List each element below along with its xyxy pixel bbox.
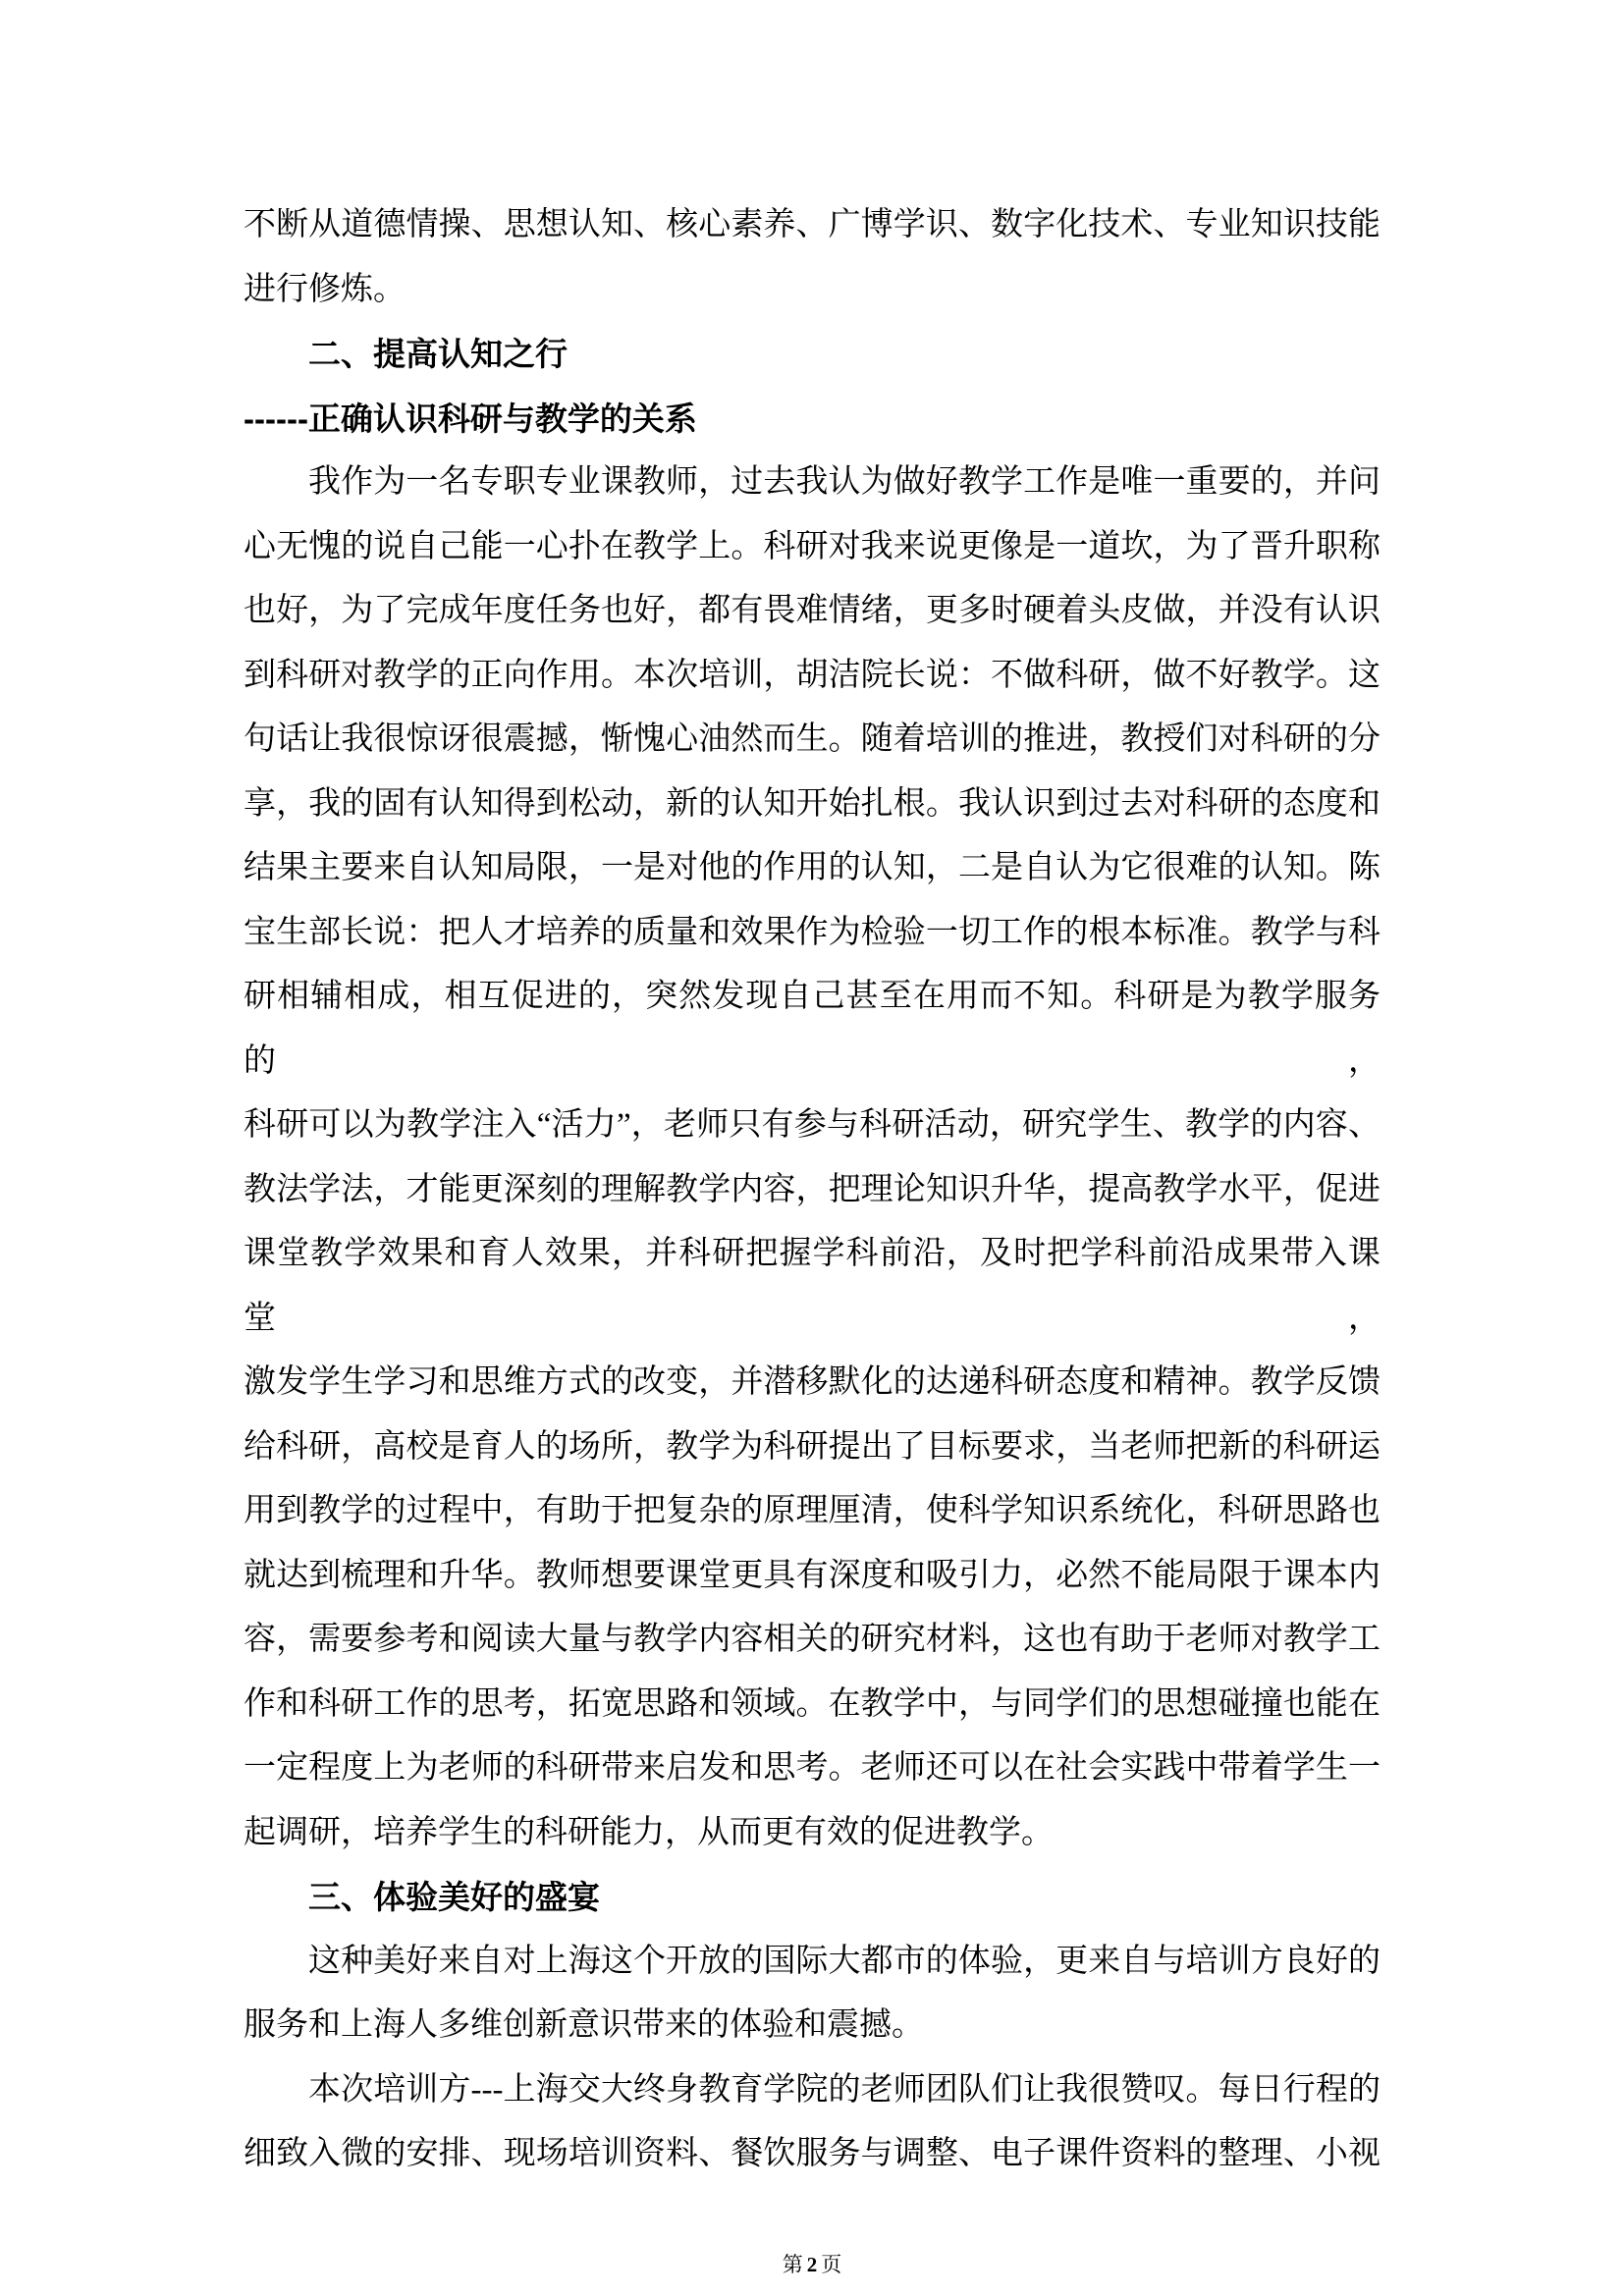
text-line: 课堂教学效果和育人效果，并科研把握学科前沿，及时把学科前沿成果带入课堂，: [244, 1222, 1380, 1351]
text-line: 研相辅相成，相互促进的，突然发现自己甚至在用而不知。科研是为教学服务的，: [244, 965, 1380, 1094]
text-line: 就达到梳理和升华。教师想要课堂更具有深度和吸引力，必然不能局限于课本内: [244, 1544, 1380, 1609]
text-line: 我作为一名专职专业课教师，过去我认为做好教学工作是唯一重要的，并问: [244, 451, 1380, 515]
text-line: 享，我的固有认知得到松动，新的认知开始扎根。我认识到过去对科研的态度和: [244, 773, 1380, 837]
text-line: 本次培训方---上海交大终身教育学院的老师团队们让我很赞叹。每日行程的: [244, 2058, 1380, 2123]
text-line: 细致入微的安排、现场培训资料、餐饮服务与调整、电子课件资料的整理、小视: [244, 2122, 1380, 2187]
page-number-footer: 第2页: [0, 2250, 1624, 2279]
text-line: 心无愧的说自己能一心扑在教学上。科研对我来说更像是一道坎，为了晋升职称: [244, 515, 1380, 580]
text-line: 进行修炼。: [244, 258, 1380, 323]
page-number-prefix: 第: [783, 2253, 803, 2276]
text-line: 作和科研工作的思考，拓宽思路和领域。在教学中，与同学们的思想碰撞也能在: [244, 1673, 1380, 1737]
page-number-suffix: 页: [821, 2253, 841, 2276]
text-line: 也好，为了完成年度任务也好，都有畏难情绪，更多时硬着头皮做，并没有认识: [244, 579, 1380, 644]
text-line: 用到教学的过程中，有助于把复杂的原理厘清，使科学知识系统化，科研思路也: [244, 1479, 1380, 1544]
text-line: 科研可以为教学注入“活力”，老师只有参与科研活动，研究学生、教学的内容、: [244, 1094, 1380, 1158]
text-line: 教法学法，才能更深刻的理解教学内容，把理论知识升华，提高教学水平，促进: [244, 1158, 1380, 1223]
text-line: 宝生部长说：把人才培养的质量和效果作为检验一切工作的根本标准。教学与科: [244, 901, 1380, 966]
text-line: 这种美好来自对上海这个开放的国际大都市的体验，更来自与培训方良好的: [244, 1930, 1380, 1995]
text-line: 容，需要参考和阅读大量与教学内容相关的研究材料，这也有助于老师对教学工: [244, 1608, 1380, 1673]
document-body: 不断从道德情操、思想认知、核心素养、广博学识、数字化技术、专业知识技能进行修炼。…: [244, 193, 1380, 2187]
section-heading-2: 二、提高认知之行: [244, 322, 1380, 387]
text-line: 给科研，高校是育人的场所，教学为科研提出了目标要求，当老师把新的科研运: [244, 1415, 1380, 1480]
text-line: 不断从道德情操、思想认知、核心素养、广博学识、数字化技术、专业知识技能: [244, 193, 1380, 258]
section-heading-3: 三、体验美好的盛宴: [244, 1865, 1380, 1930]
text-line: 到科研对教学的正向作用。本次培训，胡洁院长说：不做科研，做不好教学。这: [244, 644, 1380, 709]
document-page: 不断从道德情操、思想认知、核心素养、广博学识、数字化技术、专业知识技能进行修炼。…: [0, 0, 1624, 2296]
page-number: 2: [803, 2253, 822, 2276]
section-subheading-2: ------正确认识科研与教学的关系: [244, 387, 1380, 452]
text-line: 一定程度上为老师的科研带来启发和思考。老师还可以在社会实践中带着学生一: [244, 1736, 1380, 1801]
text-line: 服务和上海人多维创新意识带来的体验和震撼。: [244, 1994, 1380, 2058]
text-line: 结果主要来自认知局限，一是对他的作用的认知，二是自认为它很难的认知。陈: [244, 836, 1380, 901]
text-line: 句话让我很惊讶很震撼，惭愧心油然而生。随着培训的推进，教授们对科研的分: [244, 708, 1380, 773]
text-line: 起调研，培养学生的科研能力，从而更有效的促进教学。: [244, 1801, 1380, 1866]
text-line: 激发学生学习和思维方式的改变，并潜移默化的达递科研态度和精神。教学反馈: [244, 1351, 1380, 1415]
